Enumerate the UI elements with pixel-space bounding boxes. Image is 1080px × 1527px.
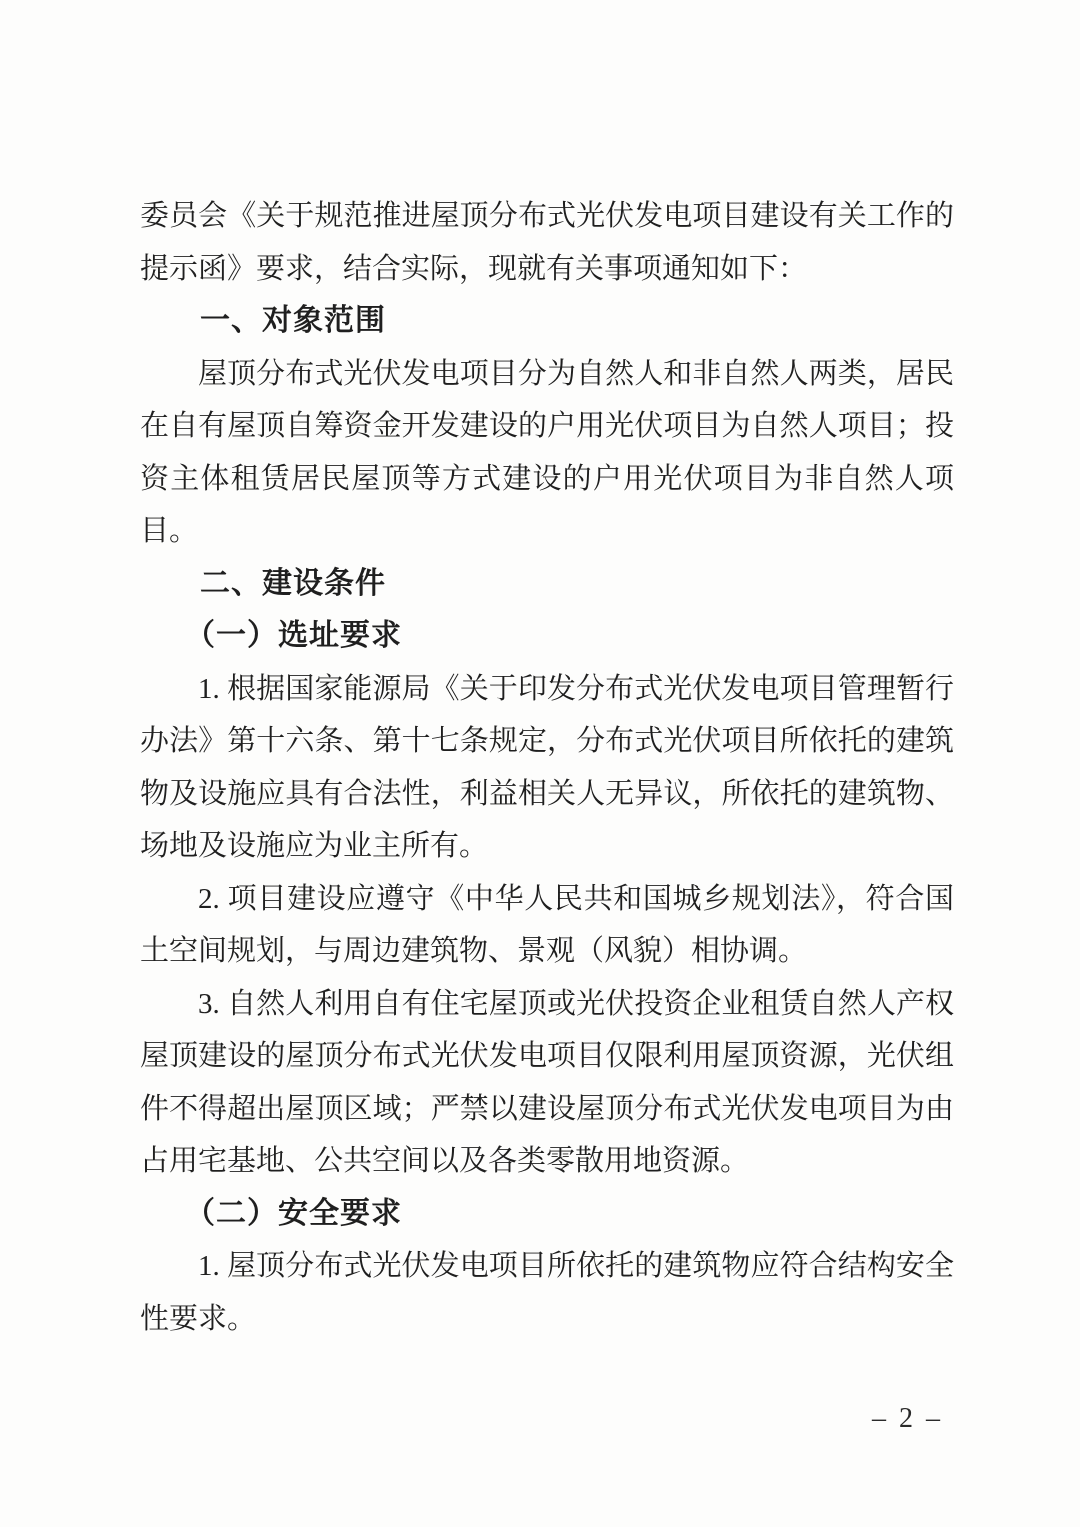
document-body: 委员会《关于规范推进屋顶分布式光伏发电项目建设有关工作的提示函》要求，结合实际，…	[140, 190, 954, 1345]
paragraph: 屋顶分布式光伏发电项目分为自然人和非自然人两类，居民在自有屋顶自筹资金开发建设的…	[140, 348, 954, 558]
section-heading: 二、建设条件	[140, 558, 954, 611]
document-page: 委员会《关于规范推进屋顶分布式光伏发电项目建设有关工作的提示函》要求，结合实际，…	[0, 0, 1080, 1527]
paragraph: 3. 自然人利用自有住宅屋顶或光伏投资企业租赁自然人产权屋顶建设的屋顶分布式光伏…	[140, 978, 954, 1188]
paragraph: 1. 根据国家能源局《关于印发分布式光伏发电项目管理暂行办法》第十六条、第十七条…	[140, 663, 954, 873]
paragraph: 委员会《关于规范推进屋顶分布式光伏发电项目建设有关工作的提示函》要求，结合实际，…	[140, 190, 954, 295]
section-heading: 一、对象范围	[140, 295, 954, 348]
section-heading: （二）安全要求	[140, 1188, 954, 1241]
paragraph: 1. 屋顶分布式光伏发电项目所依托的建筑物应符合结构安全性要求。	[140, 1240, 954, 1345]
paragraph: 2. 项目建设应遵守《中华人民共和国城乡规划法》，符合国土空间规划，与周边建筑物…	[140, 873, 954, 978]
page-number: – 2 –	[872, 1403, 943, 1435]
section-heading: （一）选址要求	[140, 610, 954, 663]
